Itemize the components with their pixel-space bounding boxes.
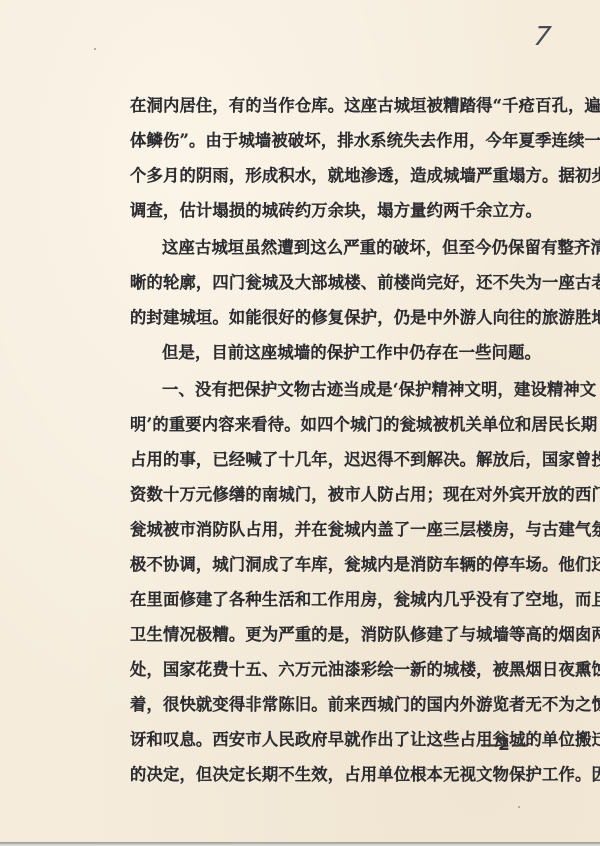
handwritten-folio-number: 7 xyxy=(532,22,553,52)
text-line: 占用的事，已经喊了十几年，迟迟得不到解决。解放后，国家曾投 xyxy=(130,442,556,477)
text-line: 的封建城垣。如能很好的修复保护，仍是中外游人向往的旅游胜地。 xyxy=(130,300,556,335)
text-line: 资数十万元修缮的南城门，被市人防占用；现在对外宾开放的西门 xyxy=(130,477,556,512)
paragraph-start-line: 这座古城垣虽然遭到这么严重的破坏，但至今仍保留有整齐清 xyxy=(130,230,556,265)
paper-speck xyxy=(94,48,96,50)
text-line: 卫生情况极糟。更为严重的是，消防队修建了与城墙等高的烟囱两 xyxy=(130,617,556,652)
page-number: —2— xyxy=(480,735,529,755)
text-line: 在洞内居住，有的当作仓库。这座古城垣被糟踏得“千疮百孔，遍 xyxy=(130,88,556,123)
document-body: 在洞内居住，有的当作仓库。这座古城垣被糟踏得“千疮百孔，遍 体鳞伤”。由于城墙被… xyxy=(130,88,556,792)
paper-speck xyxy=(518,806,520,808)
scan-bottom-edge xyxy=(0,842,600,846)
text-line: 在里面修建了各种生活和工作用房，瓮城内几乎没有了空地，而且 xyxy=(130,582,556,617)
text-line: 明’的重要内容来看待。如四个城门的瓮城被机关单位和居民长期 xyxy=(130,407,556,442)
document-page: 7 在洞内居住，有的当作仓库。这座古城垣被糟踏得“千疮百孔，遍 体鳞伤”。由于城… xyxy=(0,0,600,842)
text-line: 调查，估计塌损的城砖约万余块，塌方量约两千余立方。 xyxy=(130,193,556,228)
text-line: 处，国家花费十五、六万元油漆彩绘一新的城楼，被黑烟日夜熏蚀 xyxy=(130,652,556,687)
paragraph-start-line: 一、没有把保护文物古迹当成是‘保护精神文明，建设精神文 xyxy=(130,372,556,407)
paper-speck xyxy=(425,768,427,770)
text-line: 的决定，但决定长期不生效，占用单位根本无视文物保护工作。因 xyxy=(130,757,556,792)
text-line: 瓮城被市消防队占用，并在瓮城内盖了一座三层楼房，与古建气氛 xyxy=(130,512,556,547)
text-line: 体鳞伤”。由于城墙被破坏，排水系统失去作用，今年夏季连续一 xyxy=(130,123,556,158)
text-line: 着，很快就变得非常陈旧。前来西城门的国内外游览者无不为之惊 xyxy=(130,687,556,722)
text-line: 个多月的阴雨，形成积水，就地渗透，造成城墙严重塌方。据初步 xyxy=(130,158,556,193)
text-line: 晰的轮廓，四门瓮城及大部城楼、前楼尚完好，还不失为一座古老 xyxy=(130,265,556,300)
paragraph-start-line: 但是，目前这座城墙的保护工作中仍存在一些问题。 xyxy=(130,335,556,370)
text-line: 极不协调，城门洞成了车库，瓮城内是消防车辆的停车场。他们还 xyxy=(130,547,556,582)
